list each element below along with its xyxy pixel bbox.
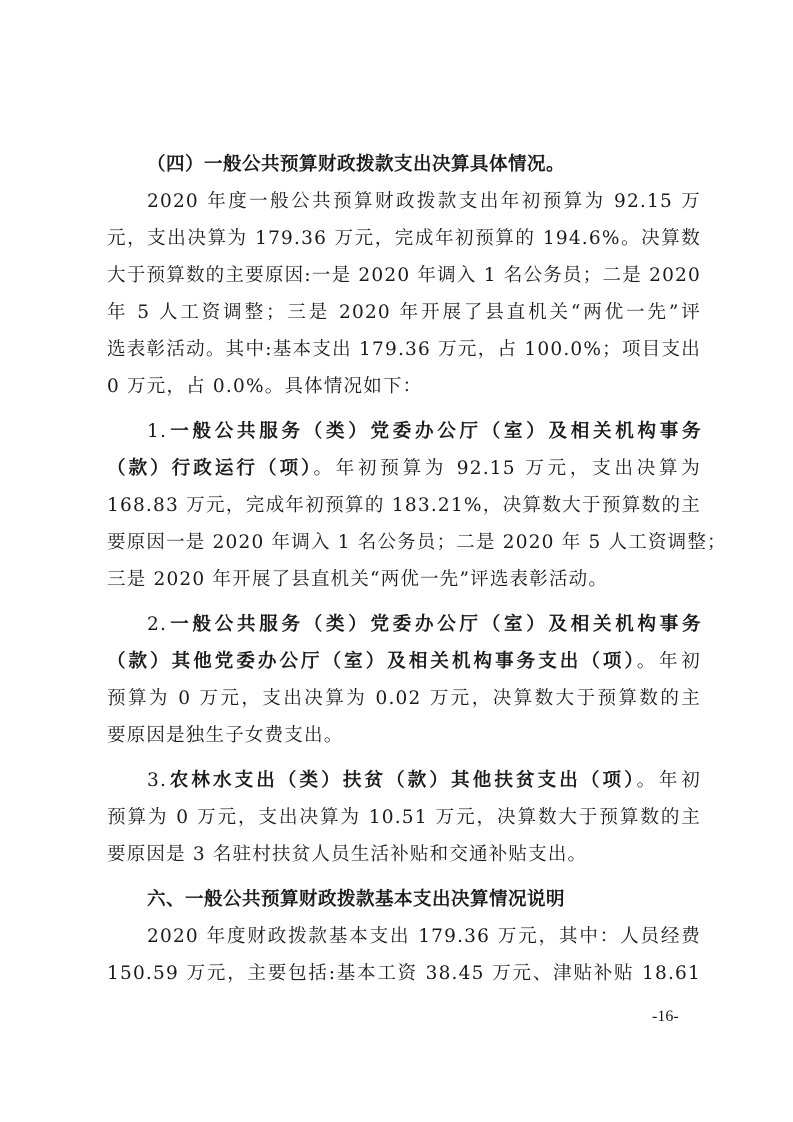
item-title: 一般公共服务（类）党委办公厅（室）及相关机构事务 [167,421,701,442]
paragraph-line: 三是 2020 年开展了县直机关“两优一先”评选表彰活动。 [107,561,701,598]
paragraph-line: 要原因是 3 名驻村扶贫人员生活补贴和交通补贴支出。 [107,836,701,873]
item-number: 3. [147,770,167,791]
paragraph-line: 要原因一是 2020 年调入 1 名公务员；二是 2020 年 5 人工资调整； [107,524,701,561]
paragraph-line: 150.59 万元，主要包括:基本工资 38.45 万元、津贴补贴 18.61 [107,955,701,992]
item-number: 1. [147,421,167,442]
item-1: 1.一般公共服务（类）党委办公厅（室）及相关机构事务 （款）行政运行（项）。年初… [107,413,701,598]
document-page: （四）一般公共预算财政拨款支出决算具体情况。 2020 年度一般公共预算财政拨款… [107,146,701,992]
item-title-line: 2.一般公共服务（类）党委办公厅（室）及相关机构事务 [107,606,701,643]
paragraph-line: 要原因是独生子女费支出。 [107,717,701,754]
item-text: 。年初预算为 92.15 万元，支出决算为 [313,458,701,479]
item-number: 2. [147,614,167,635]
section-heading: （四）一般公共预算财政拨款支出决算具体情况。 [107,146,701,183]
paragraph-line: 元，支出决算为 179.36 万元，完成年初预算的 194.6%。决算数 [107,220,701,257]
paragraph-line: 预算为 0 万元，支出决算为 0.02 万元，决算数大于预算数的主 [107,680,701,717]
paragraph-line: 2020 年度一般公共预算财政拨款支出年初预算为 92.15 万 [107,183,701,220]
paragraph-line: 预算为 0 万元，支出决算为 10.51 万元，决算数大于预算数的主 [107,799,701,836]
item-text: 。年初 [637,651,701,672]
paragraph-line: 年 5 人工资调整；三是 2020 年开展了县直机关“两优一先”评 [107,294,701,331]
paragraph-line: 168.83 万元，完成年初预算的 183.21%，决算数大于预算数的主 [107,487,701,524]
paragraph-line: 0 万元，占 0.0%。具体情况如下： [107,368,701,405]
item-title: （款）其他党委办公厅（室）及相关机构事务支出（项） [107,651,637,672]
intro-paragraph: 2020 年度一般公共预算财政拨款支出年初预算为 92.15 万 元，支出决算为… [107,183,701,405]
section-six-heading: 六、一般公共预算财政拨款基本支出决算情况说明 [107,881,701,918]
item-title: 一般公共服务（类）党委办公厅（室）及相关机构事务 [167,614,701,635]
item-title-line: 3.农林水支出（类）扶贫（款）其他扶贫支出（项）。年初 [107,762,701,799]
item-title-line: （款）行政运行（项）。年初预算为 92.15 万元，支出决算为 [107,450,701,487]
paragraph-line: 大于预算数的主要原因:一是 2020 年调入 1 名公务员；二是 2020 [107,257,701,294]
paragraph-line: 2020 年度财政拨款基本支出 179.36 万元，其中：人员经费 [107,918,701,955]
item-text: 。年初 [637,770,701,791]
item-title: 农林水支出（类）扶贫（款）其他扶贫支出（项） [167,770,637,791]
item-title: （款）行政运行（项） [107,458,313,479]
item-title-line: （款）其他党委办公厅（室）及相关机构事务支出（项）。年初 [107,643,701,680]
paragraph-line: 选表彰活动。其中:基本支出 179.36 万元，占 100.0%；项目支出 [107,331,701,368]
item-title-line: 1.一般公共服务（类）党委办公厅（室）及相关机构事务 [107,413,701,450]
item-2: 2.一般公共服务（类）党委办公厅（室）及相关机构事务 （款）其他党委办公厅（室）… [107,606,701,754]
section-six-paragraph: 2020 年度财政拨款基本支出 179.36 万元，其中：人员经费 150.59… [107,918,701,992]
item-3: 3.农林水支出（类）扶贫（款）其他扶贫支出（项）。年初 预算为 0 万元，支出决… [107,762,701,873]
page-number: -16- [652,1008,679,1026]
